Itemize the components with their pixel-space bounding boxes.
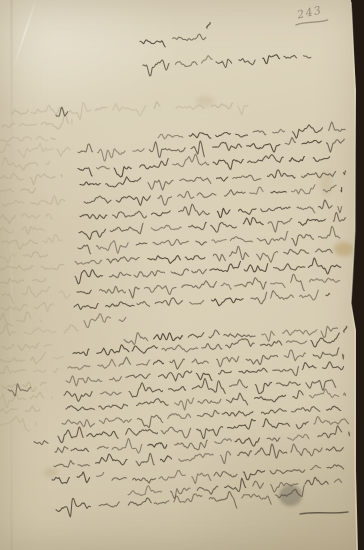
para1-line <box>74 288 330 312</box>
handwriting-bleed <box>176 103 248 117</box>
para2-line <box>53 440 344 474</box>
para2-line <box>64 372 336 404</box>
handwriting-bleed <box>0 212 52 224</box>
para1-line <box>158 121 346 144</box>
handwriting-bleed <box>0 142 70 158</box>
handwriting-bleed <box>0 188 36 194</box>
handwriting-bleed <box>2 195 65 206</box>
para1-line <box>80 167 346 194</box>
para1-last-line <box>84 313 127 328</box>
handwriting-bleed <box>2 156 50 171</box>
initials <box>52 471 105 485</box>
para2-line <box>62 404 341 432</box>
handwriting-bleed <box>2 114 72 131</box>
para2-line <box>112 460 344 488</box>
para1-line <box>78 133 345 163</box>
para2-line <box>54 425 349 459</box>
handwriting-bleed <box>0 302 54 313</box>
handwriting-bleed <box>0 392 52 408</box>
handwriting-layer <box>0 0 364 550</box>
handwriting-bleed <box>12 100 160 122</box>
handwriting-bleed <box>0 251 48 263</box>
para1-line <box>75 242 333 271</box>
handwriting-bleed <box>0 352 64 366</box>
handwriting-bleed <box>2 342 52 351</box>
handwriting-bleed <box>0 364 58 374</box>
handwriting-bleed <box>0 416 36 432</box>
handwriting-bleed <box>2 234 62 249</box>
exclamation-stroke <box>343 326 346 332</box>
handwriting-bleed <box>0 172 62 186</box>
date-line <box>143 49 312 76</box>
para2-line <box>66 388 346 417</box>
heading-line <box>140 34 207 49</box>
handwriting-bleed <box>0 135 55 142</box>
handwriting-bleed <box>0 322 78 336</box>
margin-mark <box>34 440 48 445</box>
heading-apostrophe <box>206 22 210 28</box>
closing-flourish <box>300 511 348 515</box>
para2-last-line <box>55 484 305 519</box>
handwriting-lines <box>0 19 350 519</box>
para2-line <box>58 413 349 446</box>
handwriting-bleed <box>0 226 44 235</box>
para1-line <box>78 226 341 255</box>
para2-line <box>124 324 338 348</box>
para2-line <box>66 361 344 389</box>
para2-line <box>68 346 344 375</box>
handwriting-bleed <box>2 285 71 304</box>
para1-line <box>84 184 342 209</box>
margin-mark <box>8 383 31 396</box>
handwriting-bleed <box>0 277 46 284</box>
handwriting-bleed <box>0 264 64 272</box>
scan-viewport: 243 <box>0 0 364 550</box>
para1-line <box>79 212 346 241</box>
